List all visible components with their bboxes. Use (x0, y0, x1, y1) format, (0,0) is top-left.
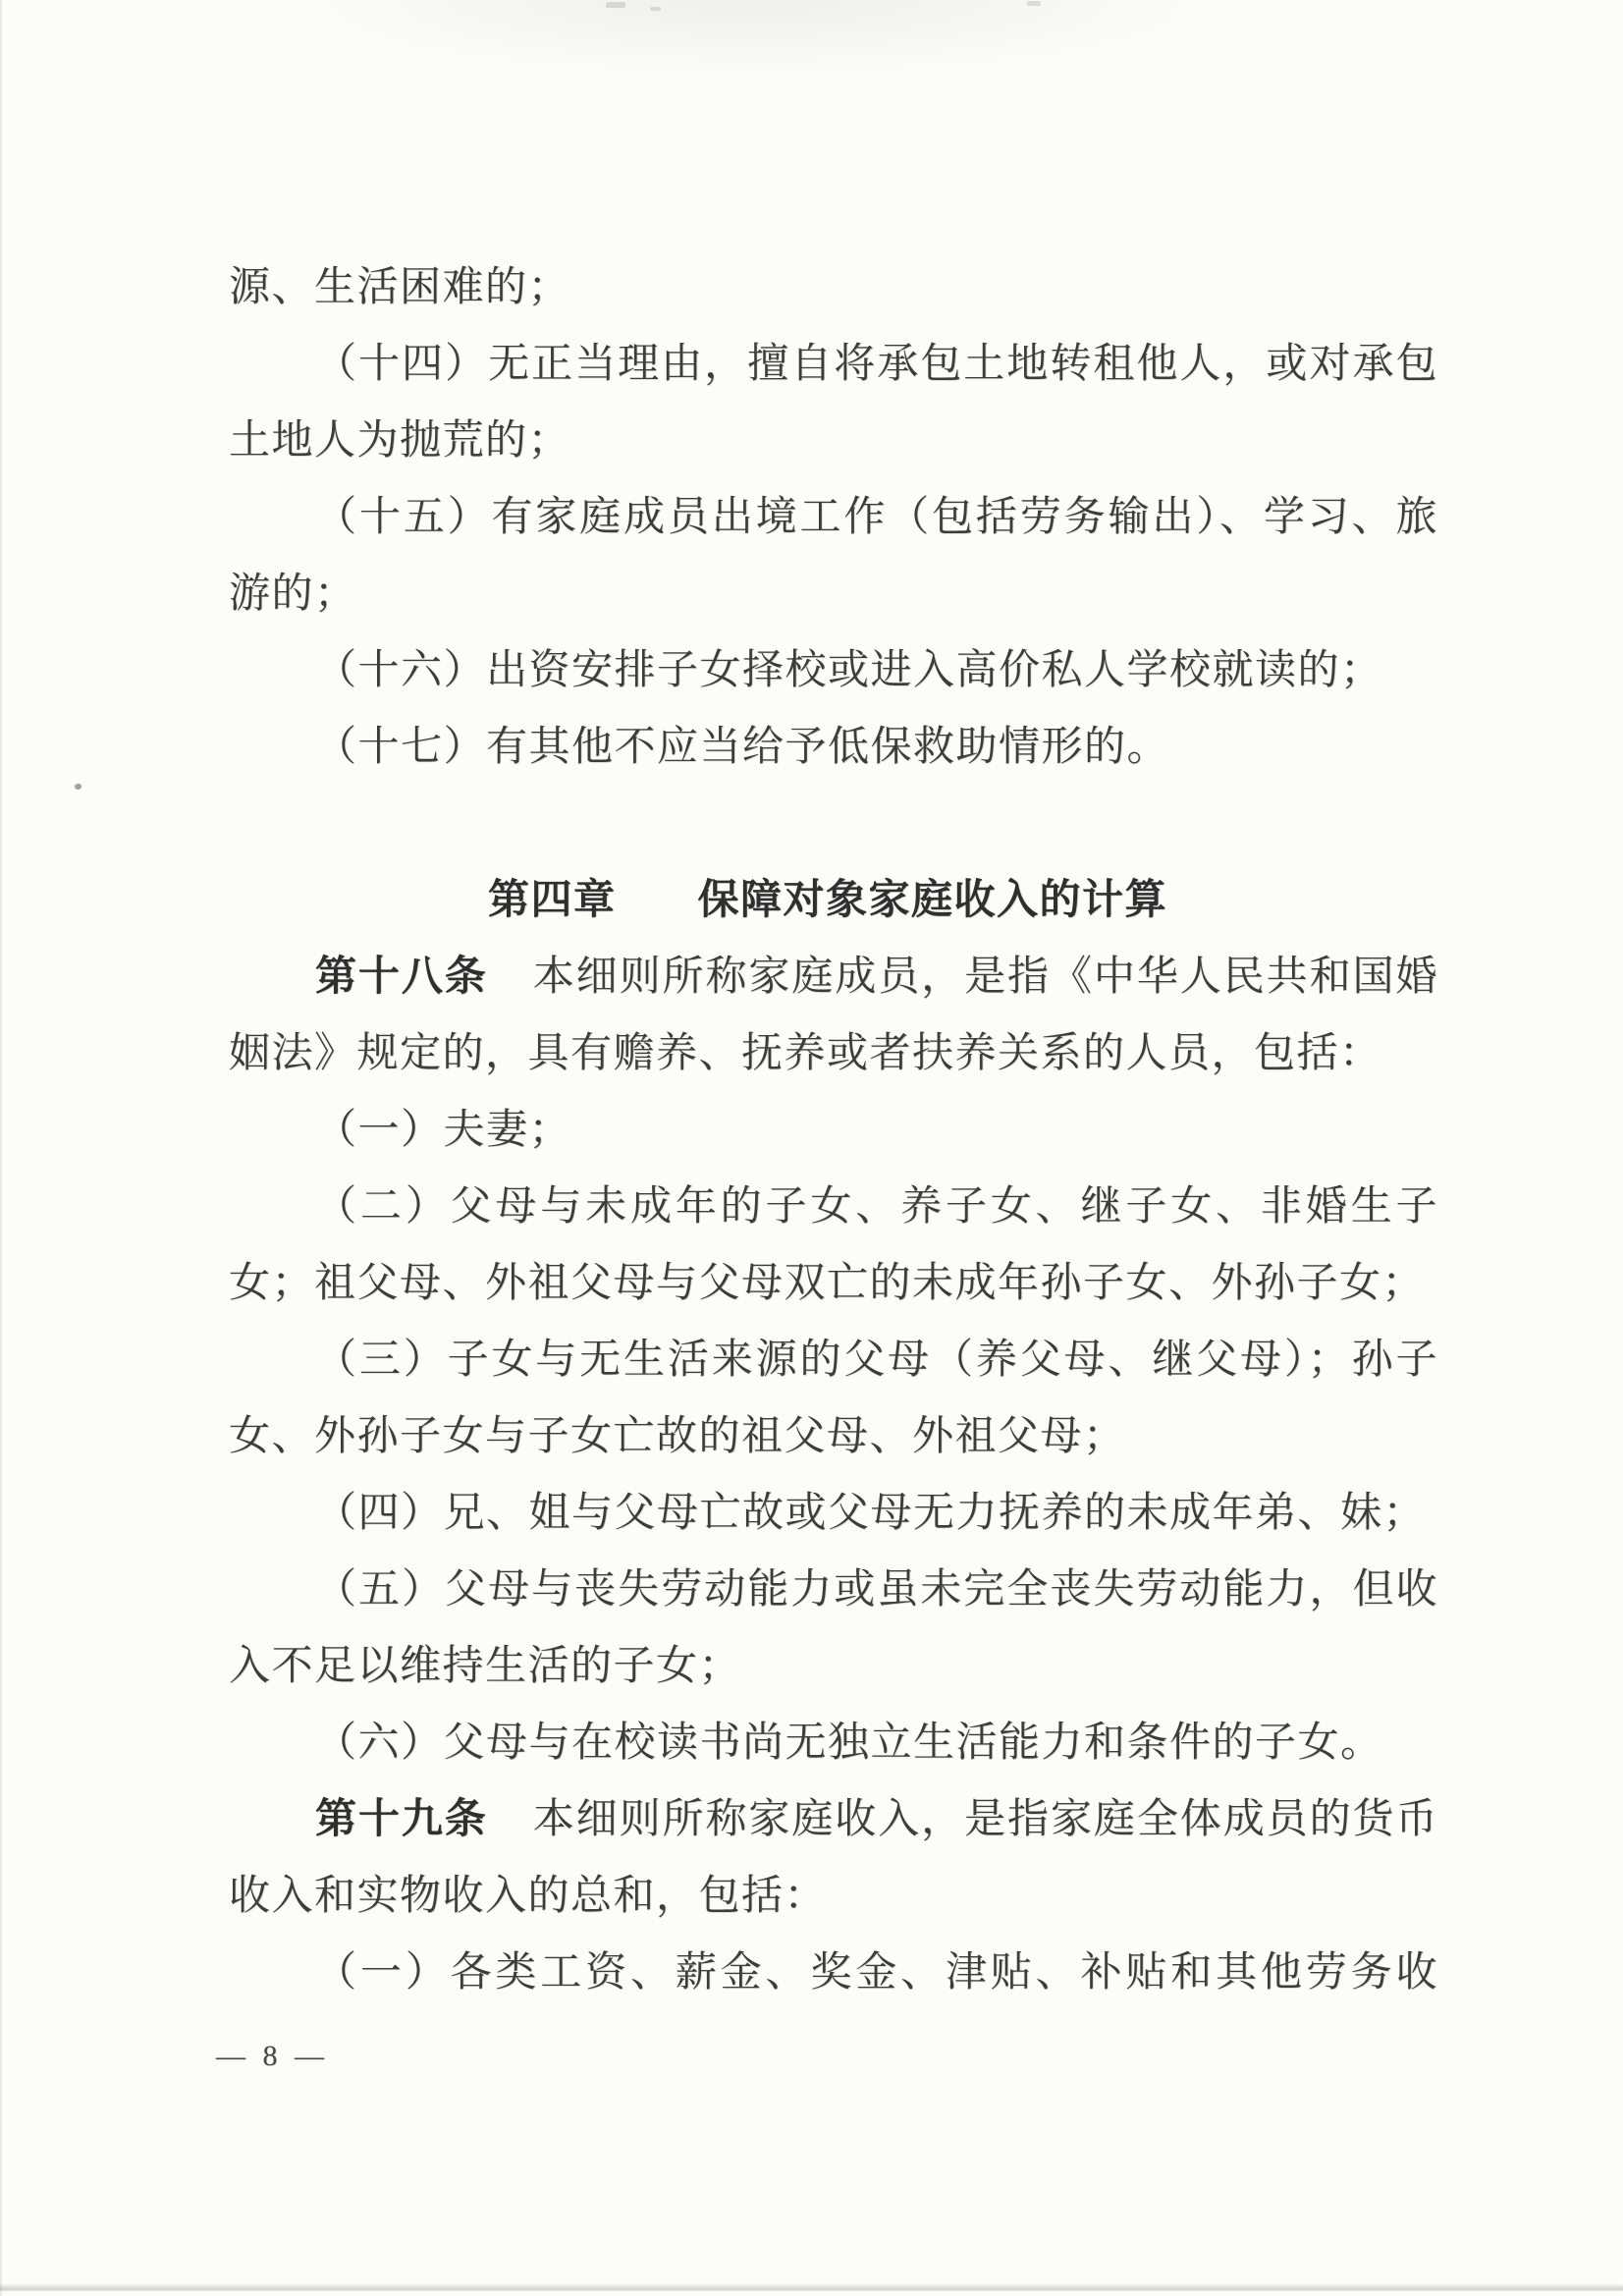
chapter-title: 保障对象家庭收入的计算 (698, 878, 1168, 923)
scan-speck-artifact (1027, 1, 1041, 6)
article-line: 第十八条本细则所称家庭成员，是指《中华人民共和国婚 (229, 939, 1438, 1015)
text-line: （六）父母与在校读书尚无独立生活能力和条件的子女。 (229, 1705, 1438, 1781)
article-line: 第十九条本细则所称家庭收入，是指家庭全体成员的货币 (229, 1781, 1438, 1858)
chapter-heading: 第四章保障对象家庭收入的计算 (229, 862, 1438, 939)
blank-line (229, 786, 1438, 862)
article-text: 本细则所称家庭成员，是指《中华人民共和国婚 (533, 955, 1438, 1000)
scan-speck-artifact (650, 7, 661, 11)
chapter-number: 第四章 (488, 878, 617, 923)
article-number-label: 第十八条 (315, 955, 488, 1000)
text-line: （十五）有家庭成员出境工作（包括劳务输出）、学习、旅 (229, 479, 1438, 556)
text-line: 女、外孙子女与子女亡故的祖父母、外祖父母； (229, 1398, 1438, 1475)
text-line: 入不足以维持生活的子女； (229, 1628, 1438, 1705)
scan-shading-artifact (275, 0, 1237, 79)
scan-dot-artifact (75, 784, 81, 790)
text-line: （三）子女与无生活来源的父母（养父母、继父母）；孙子 (229, 1322, 1438, 1398)
scan-edge-artifact (0, 2284, 1623, 2291)
text-line: （四）兄、姐与父母亡故或父母无力抚养的未成年弟、妹； (229, 1475, 1438, 1552)
text-line: 土地人为抛荒的； (229, 403, 1438, 479)
text-line: （一）夫妻； (229, 1092, 1438, 1169)
text-line: （十四）无正当理由，擅自将承包土地转租他人，或对承包 (229, 326, 1438, 403)
scanned-document-page: 源、生活困难的；（十四）无正当理由，擅自将承包土地转租他人，或对承包土地人为抛荒… (0, 0, 1623, 2296)
text-line: （二）父母与未成年的子女、养子女、继子女、非婚生子 (229, 1169, 1438, 1245)
page-number: — 8 — (216, 2035, 329, 2078)
article-number-label: 第十九条 (315, 1797, 488, 1842)
text-line: （一）各类工资、薪金、奖金、津贴、补贴和其他劳务收 (229, 1935, 1438, 2011)
text-line: 源、生活困难的； (229, 249, 1438, 326)
text-line: 游的； (229, 556, 1438, 632)
text-line: 女；祖父母、外祖父母与父母双亡的未成年孙子女、外孙子女； (229, 1245, 1438, 1322)
scan-edge-artifact (0, 0, 3, 2296)
text-line: （十七）有其他不应当给予低保救助情形的。 (229, 709, 1438, 786)
text-line: （五）父母与丧失劳动能力或虽未完全丧失劳动能力，但收 (229, 1552, 1438, 1628)
text-line: 收入和实物收入的总和，包括： (229, 1858, 1438, 1935)
article-text: 本细则所称家庭收入，是指家庭全体成员的货币 (533, 1797, 1438, 1842)
text-block: 源、生活困难的；（十四）无正当理由，擅自将承包土地转租他人，或对承包土地人为抛荒… (229, 249, 1438, 2011)
scan-speck-artifact (606, 2, 625, 8)
text-line: （十六）出资安排子女择校或进入高价私人学校就读的； (229, 632, 1438, 709)
text-line: 姻法》规定的，具有赡养、抚养或者扶养关系的人员，包括： (229, 1015, 1438, 1092)
